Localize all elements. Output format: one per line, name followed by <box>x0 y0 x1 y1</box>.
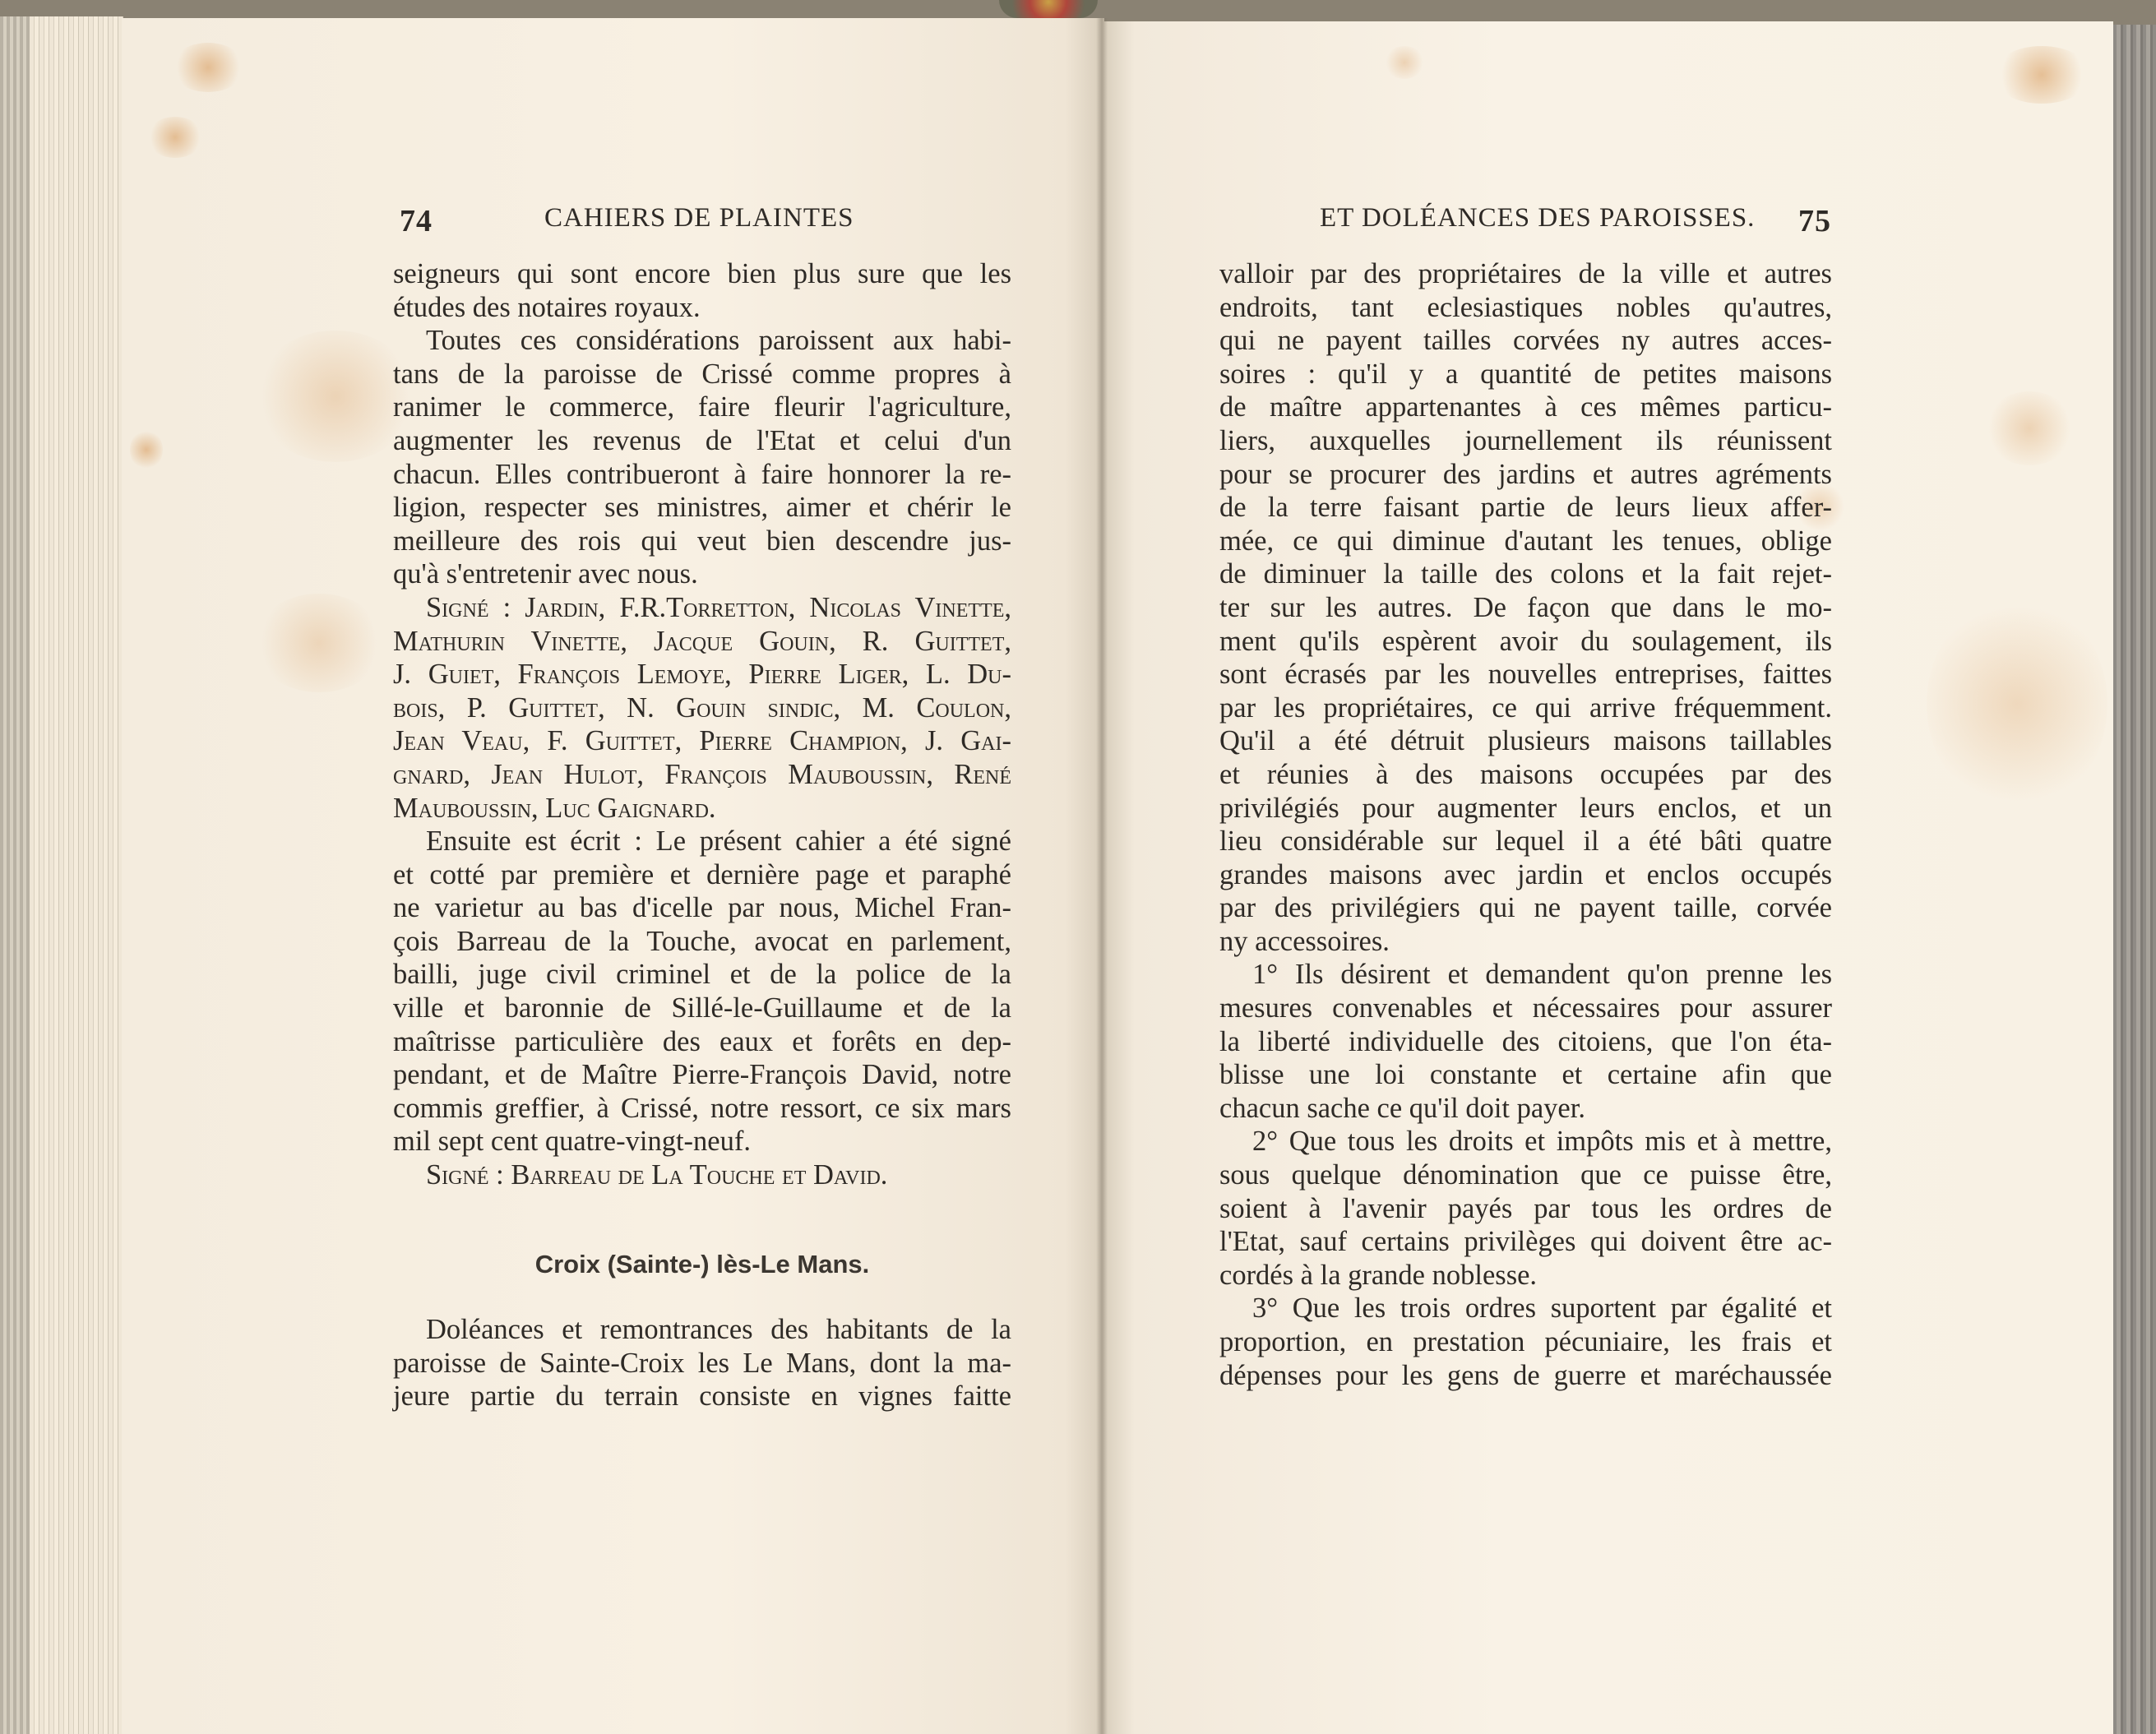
page-number: 75 <box>1798 203 1831 239</box>
text-line: augmenter les revenus de l'Etat et celui… <box>393 424 1011 458</box>
text-line: ligion, respecter ses ministres, aimer e… <box>393 491 1011 525</box>
foxing-spot <box>146 117 204 158</box>
foxing-spot <box>171 43 245 92</box>
section-title: Croix (Sainte-) lès-Le Mans. <box>393 1250 1011 1279</box>
text-line: de diminuer la taille des colons et la f… <box>1219 557 1832 591</box>
text-line: çois Barreau de la Touche, avocat en par… <box>393 925 1011 959</box>
foxing-spot <box>1992 46 2091 104</box>
signatories-line: Mathurin Vinette, Jacque Gouin, R. Guitt… <box>393 625 1011 659</box>
signature-line: Signé : Barreau de La Touche et David. <box>393 1158 1011 1192</box>
text-line: cordés à la grande noblesse. <box>1219 1259 1832 1292</box>
text-line: meilleure des rois qui veut bien descend… <box>393 525 1011 558</box>
text-line: qu'à s'entretenir avec nous. <box>393 557 1011 591</box>
text-line: bailli, juge civil criminel et de la pol… <box>393 958 1011 992</box>
text-line: par les propriétaires, ce qui arrive fré… <box>1219 691 1832 725</box>
text-line: seigneurs qui sont encore bien plus sure… <box>393 257 1011 291</box>
numbered-item-3: 3° Que les trois ordres suportent par ég… <box>1219 1292 1832 1325</box>
text-line: sous quelque dénomination que ce puisse … <box>1219 1158 1832 1192</box>
text-line: liers, auxquelles journellement ils réun… <box>1219 424 1832 458</box>
page-number: 74 <box>400 204 433 238</box>
text-line: Toutes ces considérations paroissent aux… <box>393 324 1011 358</box>
right-running-head: ET DOLÉANCES DES PAROISSES. 75 <box>1320 203 1831 244</box>
text-line: sont écrasés par les nouvelles entrepris… <box>1219 658 1832 691</box>
text-line: dépenses pour les gens de guerre et maré… <box>1219 1359 1832 1393</box>
text-line: Ensuite est écrit : Le présent cahier a … <box>393 825 1011 858</box>
text-line: Qu'il a été détruit plusieurs maisons ta… <box>1219 724 1832 758</box>
numbered-item-2: 2° Que tous les droits et impôts mis et … <box>1219 1125 1832 1158</box>
text-line: mée, ce qui diminue d'autant les tenues,… <box>1219 525 1832 558</box>
text-line: blisse une loi constante et certaine afi… <box>1219 1058 1832 1092</box>
text-line: maîtrisse particulière des eaux et forêt… <box>393 1025 1011 1059</box>
text-line: commis greffier, à Crissé, notre ressort… <box>393 1092 1011 1126</box>
text-line: qui ne payent tailles corvées ny autres … <box>1219 324 1832 358</box>
text-line: proportion, en prestation pécuniaire, le… <box>1219 1325 1832 1359</box>
running-head-title: CAHIERS DE PLAINTES <box>544 203 854 234</box>
foxing-spot <box>1384 46 1425 79</box>
text-line: endroits, tant eclesiastiques nobles qu'… <box>1219 291 1832 325</box>
text-line: ranimer le commerce, faire fleurir l'agr… <box>393 391 1011 424</box>
left-page-body: seigneurs qui sont encore bien plus sure… <box>393 257 1011 1192</box>
text-line: privilégiés pour augmenter leurs enclos,… <box>1219 792 1832 825</box>
page-edges-left <box>0 16 123 1734</box>
text-line: par des privilégiers qui ne payent taill… <box>1219 891 1832 925</box>
section-body: Doléances et remontrances des habitants … <box>393 1313 1011 1413</box>
text-line: soient à l'avenir payés par tous les ord… <box>1219 1192 1832 1226</box>
signatories-line: Mauboussin, Luc Gaignard. <box>393 792 1011 825</box>
text-line: la liberté individuelle des citoiens, qu… <box>1219 1025 1832 1059</box>
left-running-head: 74 CAHIERS DE PLAINTES <box>400 203 860 244</box>
foxing-spot <box>1984 391 2075 465</box>
text-line: chacun. Elles contribueront à faire honn… <box>393 458 1011 492</box>
signatories-line: bois, P. Guittet, N. Gouin sindic, M. Co… <box>393 691 1011 725</box>
text-line: ny accessoires. <box>1219 925 1832 959</box>
running-head-title: ET DOLÉANCES DES PAROISSES. <box>1320 203 1755 234</box>
text-line: l'Etat, sauf certains privilèges qui doi… <box>1219 1225 1832 1259</box>
signatories-line: Signé : Jardin, F.R.Torretton, Nicolas V… <box>393 591 1011 625</box>
text-line: et cotté par première et dernière page e… <box>393 858 1011 892</box>
text-line: lieu considérable sur lequel il a été bâ… <box>1219 825 1832 858</box>
foxing-spot <box>130 429 163 470</box>
signatories-line: Jean Veau, F. Guittet, Pierre Champion, … <box>393 724 1011 758</box>
page-edges-right <box>2113 25 2156 1734</box>
text-line: ne varietur au bas d'icelle par nous, Mi… <box>393 891 1011 925</box>
text-line: tans de la paroisse de Crissé comme prop… <box>393 358 1011 391</box>
text-line: valloir par des propriétaires de la vill… <box>1219 257 1832 291</box>
text-line: soires : qu'il y a quantité de petites m… <box>1219 358 1832 391</box>
text-line: chacun sache ce qu'il doit payer. <box>1219 1092 1832 1126</box>
numbered-item-1: 1° Ils désirent et demandent qu'on prenn… <box>1219 958 1832 992</box>
text-line: pendant, et de Maître Pierre-François Da… <box>393 1058 1011 1092</box>
text-line: mesures convenables et nécessaires pour … <box>1219 992 1832 1025</box>
text-line: ment qu'ils espèrent avoir du soulagemen… <box>1219 625 1832 659</box>
text-line: jeure partie du terrain consiste en vign… <box>393 1380 1011 1413</box>
headband <box>999 0 1098 18</box>
text-line: ville et baronnie de Sillé-le-Guillaume … <box>393 992 1011 1025</box>
text-line: ter sur les autres. De façon que dans le… <box>1219 591 1832 625</box>
signatories-line: gnard, Jean Hulot, François Mauboussin, … <box>393 758 1011 792</box>
spine-gutter <box>1096 18 1108 1734</box>
text-line: de la terre faisant partie de leurs lieu… <box>1219 491 1832 525</box>
signatories-line: J. Guiet, François Lemoye, Pierre Liger,… <box>393 658 1011 691</box>
text-line: et réunies à des maisons occupées par de… <box>1219 758 1832 792</box>
foxing-spot <box>253 594 385 692</box>
right-page-body: valloir par des propriétaires de la vill… <box>1219 257 1832 1392</box>
text-line: grandes maisons avec jardin et enclos oc… <box>1219 858 1832 892</box>
text-line: mil sept cent quatre-vingt-neuf. <box>393 1125 1011 1158</box>
text-line: pour se procurer des jardins et autres a… <box>1219 458 1832 492</box>
foxing-spot <box>1927 597 2107 811</box>
text-line: de maître appartenantes à ces mêmes part… <box>1219 391 1832 424</box>
text-line: études des notaires royaux. <box>393 291 1011 325</box>
text-line: paroisse de Sainte-Croix les Le Mans, do… <box>393 1347 1011 1380</box>
text-line: Doléances et remontrances des habitants … <box>393 1313 1011 1347</box>
